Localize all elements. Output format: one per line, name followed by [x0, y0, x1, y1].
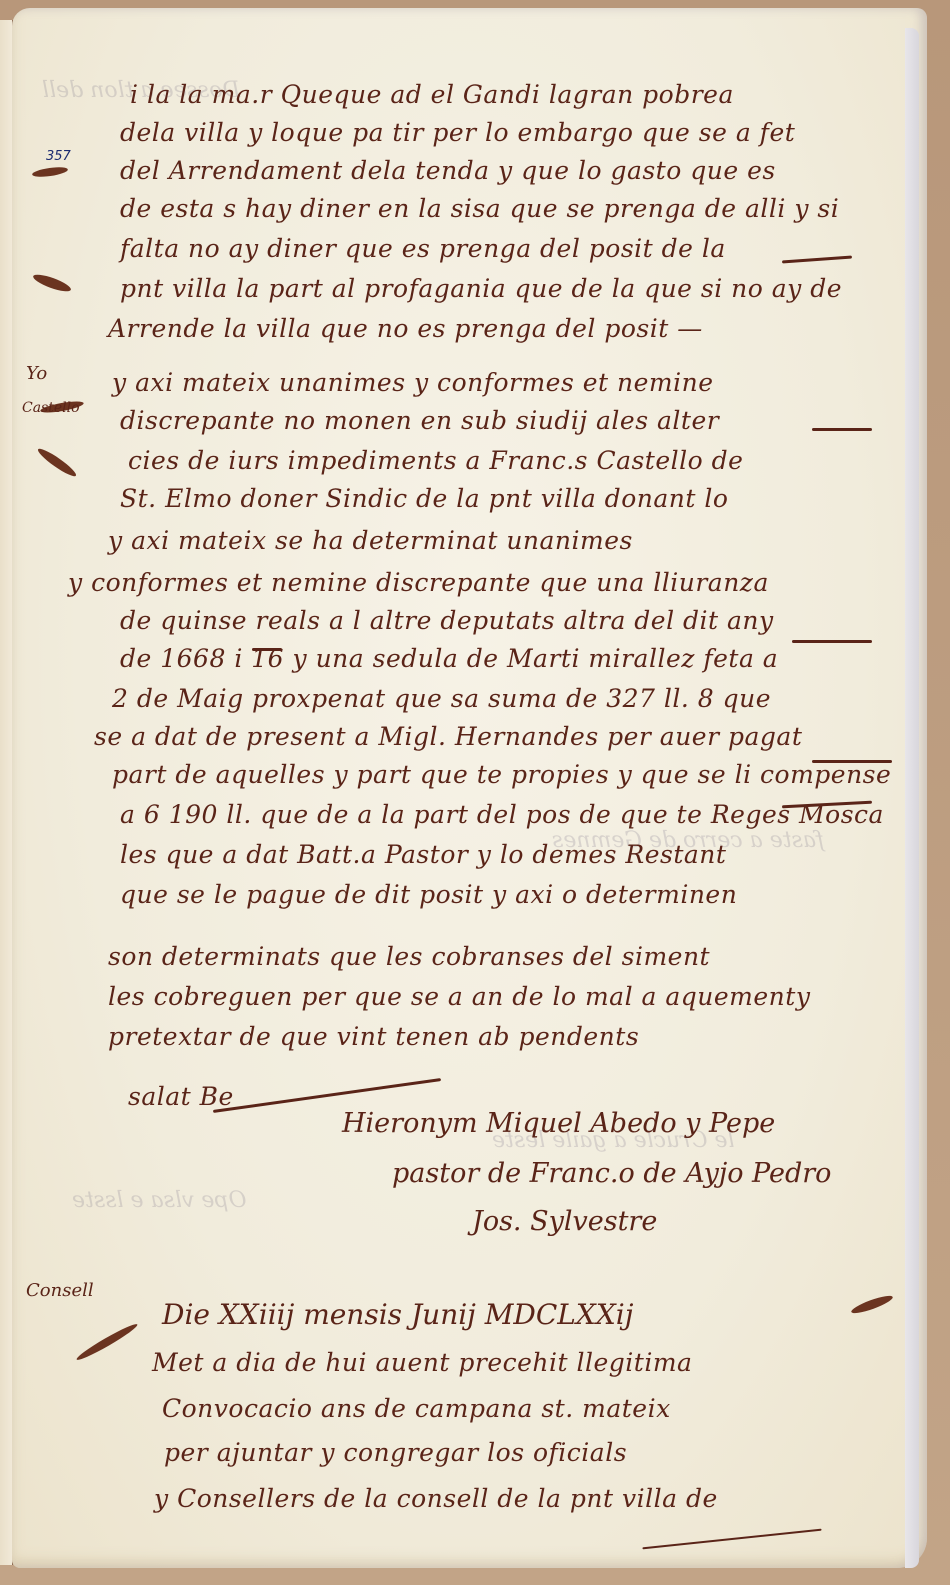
- text-line: discrepante no monen en sub siudij ales …: [120, 406, 719, 435]
- bleed-through-text: Ope vlsa e lsste: [72, 1188, 247, 1213]
- line-flourish: [812, 760, 892, 763]
- text-line: pretextar de que vint tenen ab pendents: [108, 1022, 639, 1051]
- margin-note: Yo: [26, 363, 47, 384]
- manuscript-page: Dossee a tlon dell faste a cerro de Gemn…: [12, 8, 927, 1568]
- ink-mark: [31, 271, 72, 294]
- text-line: de quinse reals a l altre deputats altra…: [120, 606, 774, 635]
- text-line: a 6 190 ll. que de a la part del pos de …: [120, 800, 884, 829]
- text-line: dela villa y loque pa tir per lo embargo…: [120, 118, 795, 147]
- text-line: part de aquelles y part que te propies y…: [112, 760, 891, 789]
- line-flourish: [812, 428, 872, 431]
- entry-heading: Die XXiiij mensis Junij MDCLXXij: [162, 1298, 633, 1331]
- text-line: 2 de Maig proxpenat que sa suma de 327 l…: [112, 684, 771, 713]
- folio-number: 357: [46, 149, 71, 164]
- text-line: que se le pague de dit posit y axi o det…: [120, 880, 737, 909]
- text-line: son determinats que les cobranses del si…: [108, 942, 710, 971]
- text-line: Arrende la villa que no es prenga del po…: [108, 314, 703, 343]
- text-line: de esta s hay diner en la sisa que se pr…: [120, 194, 839, 223]
- line-flourish: [782, 256, 852, 264]
- text-line: falta no ay diner que es prenga del posi…: [120, 234, 726, 263]
- ink-mark: [36, 446, 79, 480]
- margin-note: Castello: [22, 400, 80, 416]
- line-flourish: [642, 1529, 821, 1550]
- signature: Jos. Sylvestre: [472, 1206, 657, 1237]
- margin-note: Consell: [26, 1280, 94, 1301]
- text-line: Convocacio ans de campana st. mateix: [162, 1394, 671, 1423]
- text-line: Met a dia de hui auent precehit llegitim…: [152, 1348, 692, 1377]
- text-line: St. Elmo doner Sindic de la pnt villa do…: [120, 484, 728, 513]
- page-fore-edge: [905, 28, 919, 1568]
- signature: Hieronym Miquel Abedo y Pepe: [342, 1108, 775, 1139]
- text-line: se a dat de present a Migl. Hernandes pe…: [94, 722, 802, 751]
- ink-mark: [850, 1293, 894, 1317]
- text-line: del Arrendament dela tenda y que lo gast…: [120, 156, 776, 185]
- text-line: salat Be: [128, 1082, 234, 1111]
- text-line: y conformes et nemine discrepante que un…: [68, 568, 769, 597]
- text-line: per ajuntar y congregar los oficials: [164, 1438, 627, 1467]
- text-line: i la la ma.r Queque ad el Gandi lagran p…: [130, 80, 734, 109]
- text-line: de 1668 i 16 y una sedula de Marti miral…: [120, 644, 778, 673]
- text-line: y Consellers de la consell de la pnt vil…: [154, 1484, 718, 1513]
- line-flourish: [792, 640, 872, 643]
- text-line: cies de iurs impediments a Franc.s Caste…: [128, 446, 743, 475]
- text-line: les cobreguen per que se a an de lo mal …: [108, 982, 810, 1011]
- signature: pastor de Franc.o de Ayjo Pedro: [392, 1158, 831, 1189]
- line-flourish: [252, 648, 282, 651]
- text-line: les que a dat Batt.a Pastor y lo demes R…: [120, 840, 726, 869]
- text-line: pnt villa la part al profagania que de l…: [120, 274, 842, 303]
- text-line: y axi mateix se ha determinat unanimes: [108, 526, 633, 555]
- text-line: y axi mateix unanimes y conformes et nem…: [112, 368, 714, 397]
- ink-mark: [32, 166, 69, 179]
- ink-mark: [75, 1321, 140, 1363]
